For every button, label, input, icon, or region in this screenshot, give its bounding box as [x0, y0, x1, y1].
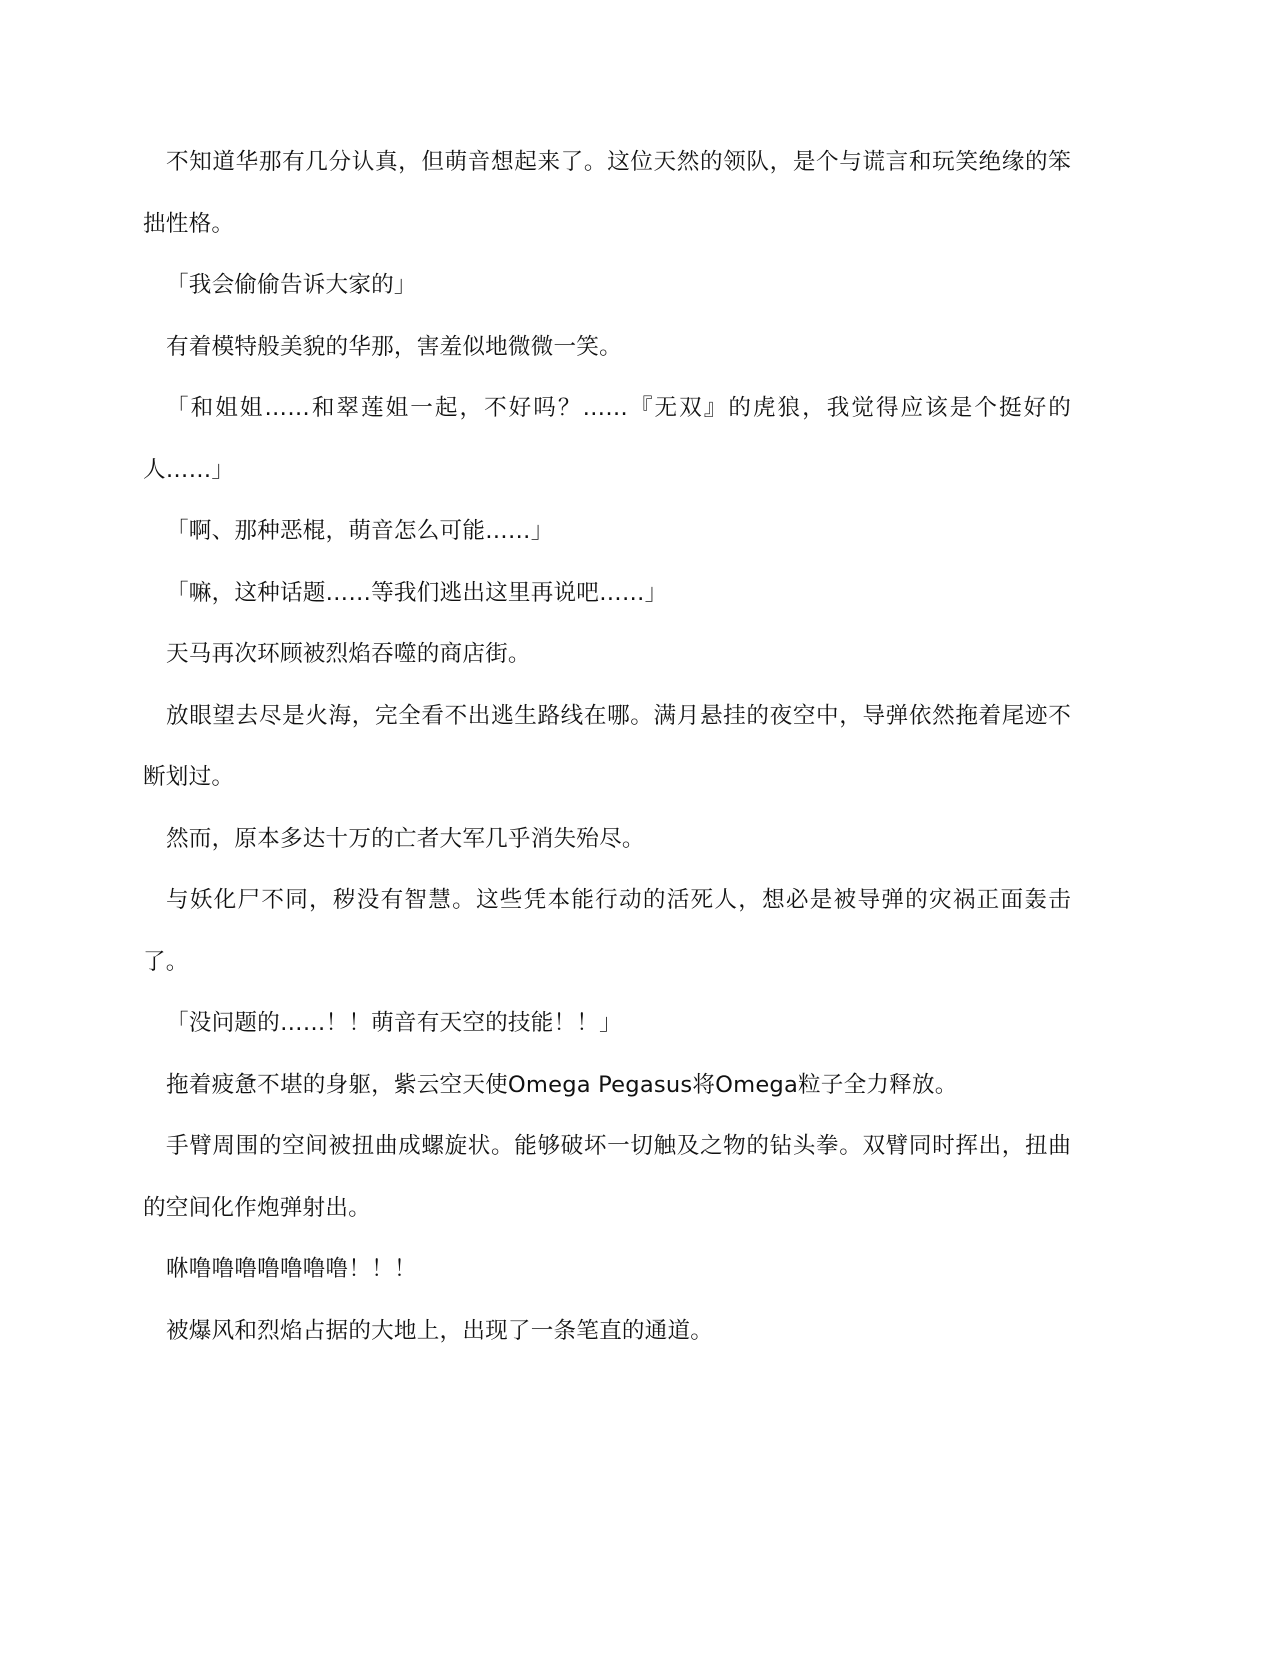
paragraph-dialogue: 「啊、那种恶棍，萌音怎么可能……」	[143, 501, 1071, 563]
paragraph-sound-effect: 咻噜噜噜噜噜噜噜！！！	[143, 1239, 1071, 1301]
paragraph-dialogue: 「我会偷偷告诉大家的」	[143, 255, 1071, 317]
paragraph-narration: 不知道华那有几分认真，但萌音想起来了。这位天然的领队，是个与谎言和玩笑绝缘的笨拙…	[143, 132, 1071, 255]
paragraph-narration: 被爆风和烈焰占据的大地上，出现了一条笔直的通道。	[143, 1301, 1071, 1363]
paragraph-narration: 有着模特般美貌的华那，害羞似地微微一笑。	[143, 317, 1071, 379]
paragraph-narration: 然而，原本多达十万的亡者大军几乎消失殆尽。	[143, 809, 1071, 871]
document-page: 不知道华那有几分认真，但萌音想起来了。这位天然的领队，是个与谎言和玩笑绝缘的笨拙…	[143, 132, 1071, 1362]
paragraph-dialogue: 「和姐姐……和翠莲姐一起，不好吗？……『无双』的虎狼，我觉得应该是个挺好的人………	[143, 378, 1071, 501]
paragraph-narration: 拖着疲惫不堪的身躯，紫云空天使Omega Pegasus将Omega粒子全力释放…	[143, 1055, 1071, 1117]
paragraph-narration: 手臂周围的空间被扭曲成螺旋状。能够破坏一切触及之物的钻头拳。双臂同时挥出，扭曲的…	[143, 1116, 1071, 1239]
paragraph-narration: 放眼望去尽是火海，完全看不出逃生路线在哪。满月悬挂的夜空中，导弹依然拖着尾迹不断…	[143, 686, 1071, 809]
paragraph-narration: 天马再次环顾被烈焰吞噬的商店街。	[143, 624, 1071, 686]
paragraph-dialogue: 「嘛，这种话题……等我们逃出这里再说吧……」	[143, 563, 1071, 625]
paragraph-dialogue: 「没问题的……！！萌音有天空的技能！！」	[143, 993, 1071, 1055]
paragraph-narration: 与妖化尸不同，秽没有智慧。这些凭本能行动的活死人，想必是被导弹的灾祸正面轰击了。	[143, 870, 1071, 993]
